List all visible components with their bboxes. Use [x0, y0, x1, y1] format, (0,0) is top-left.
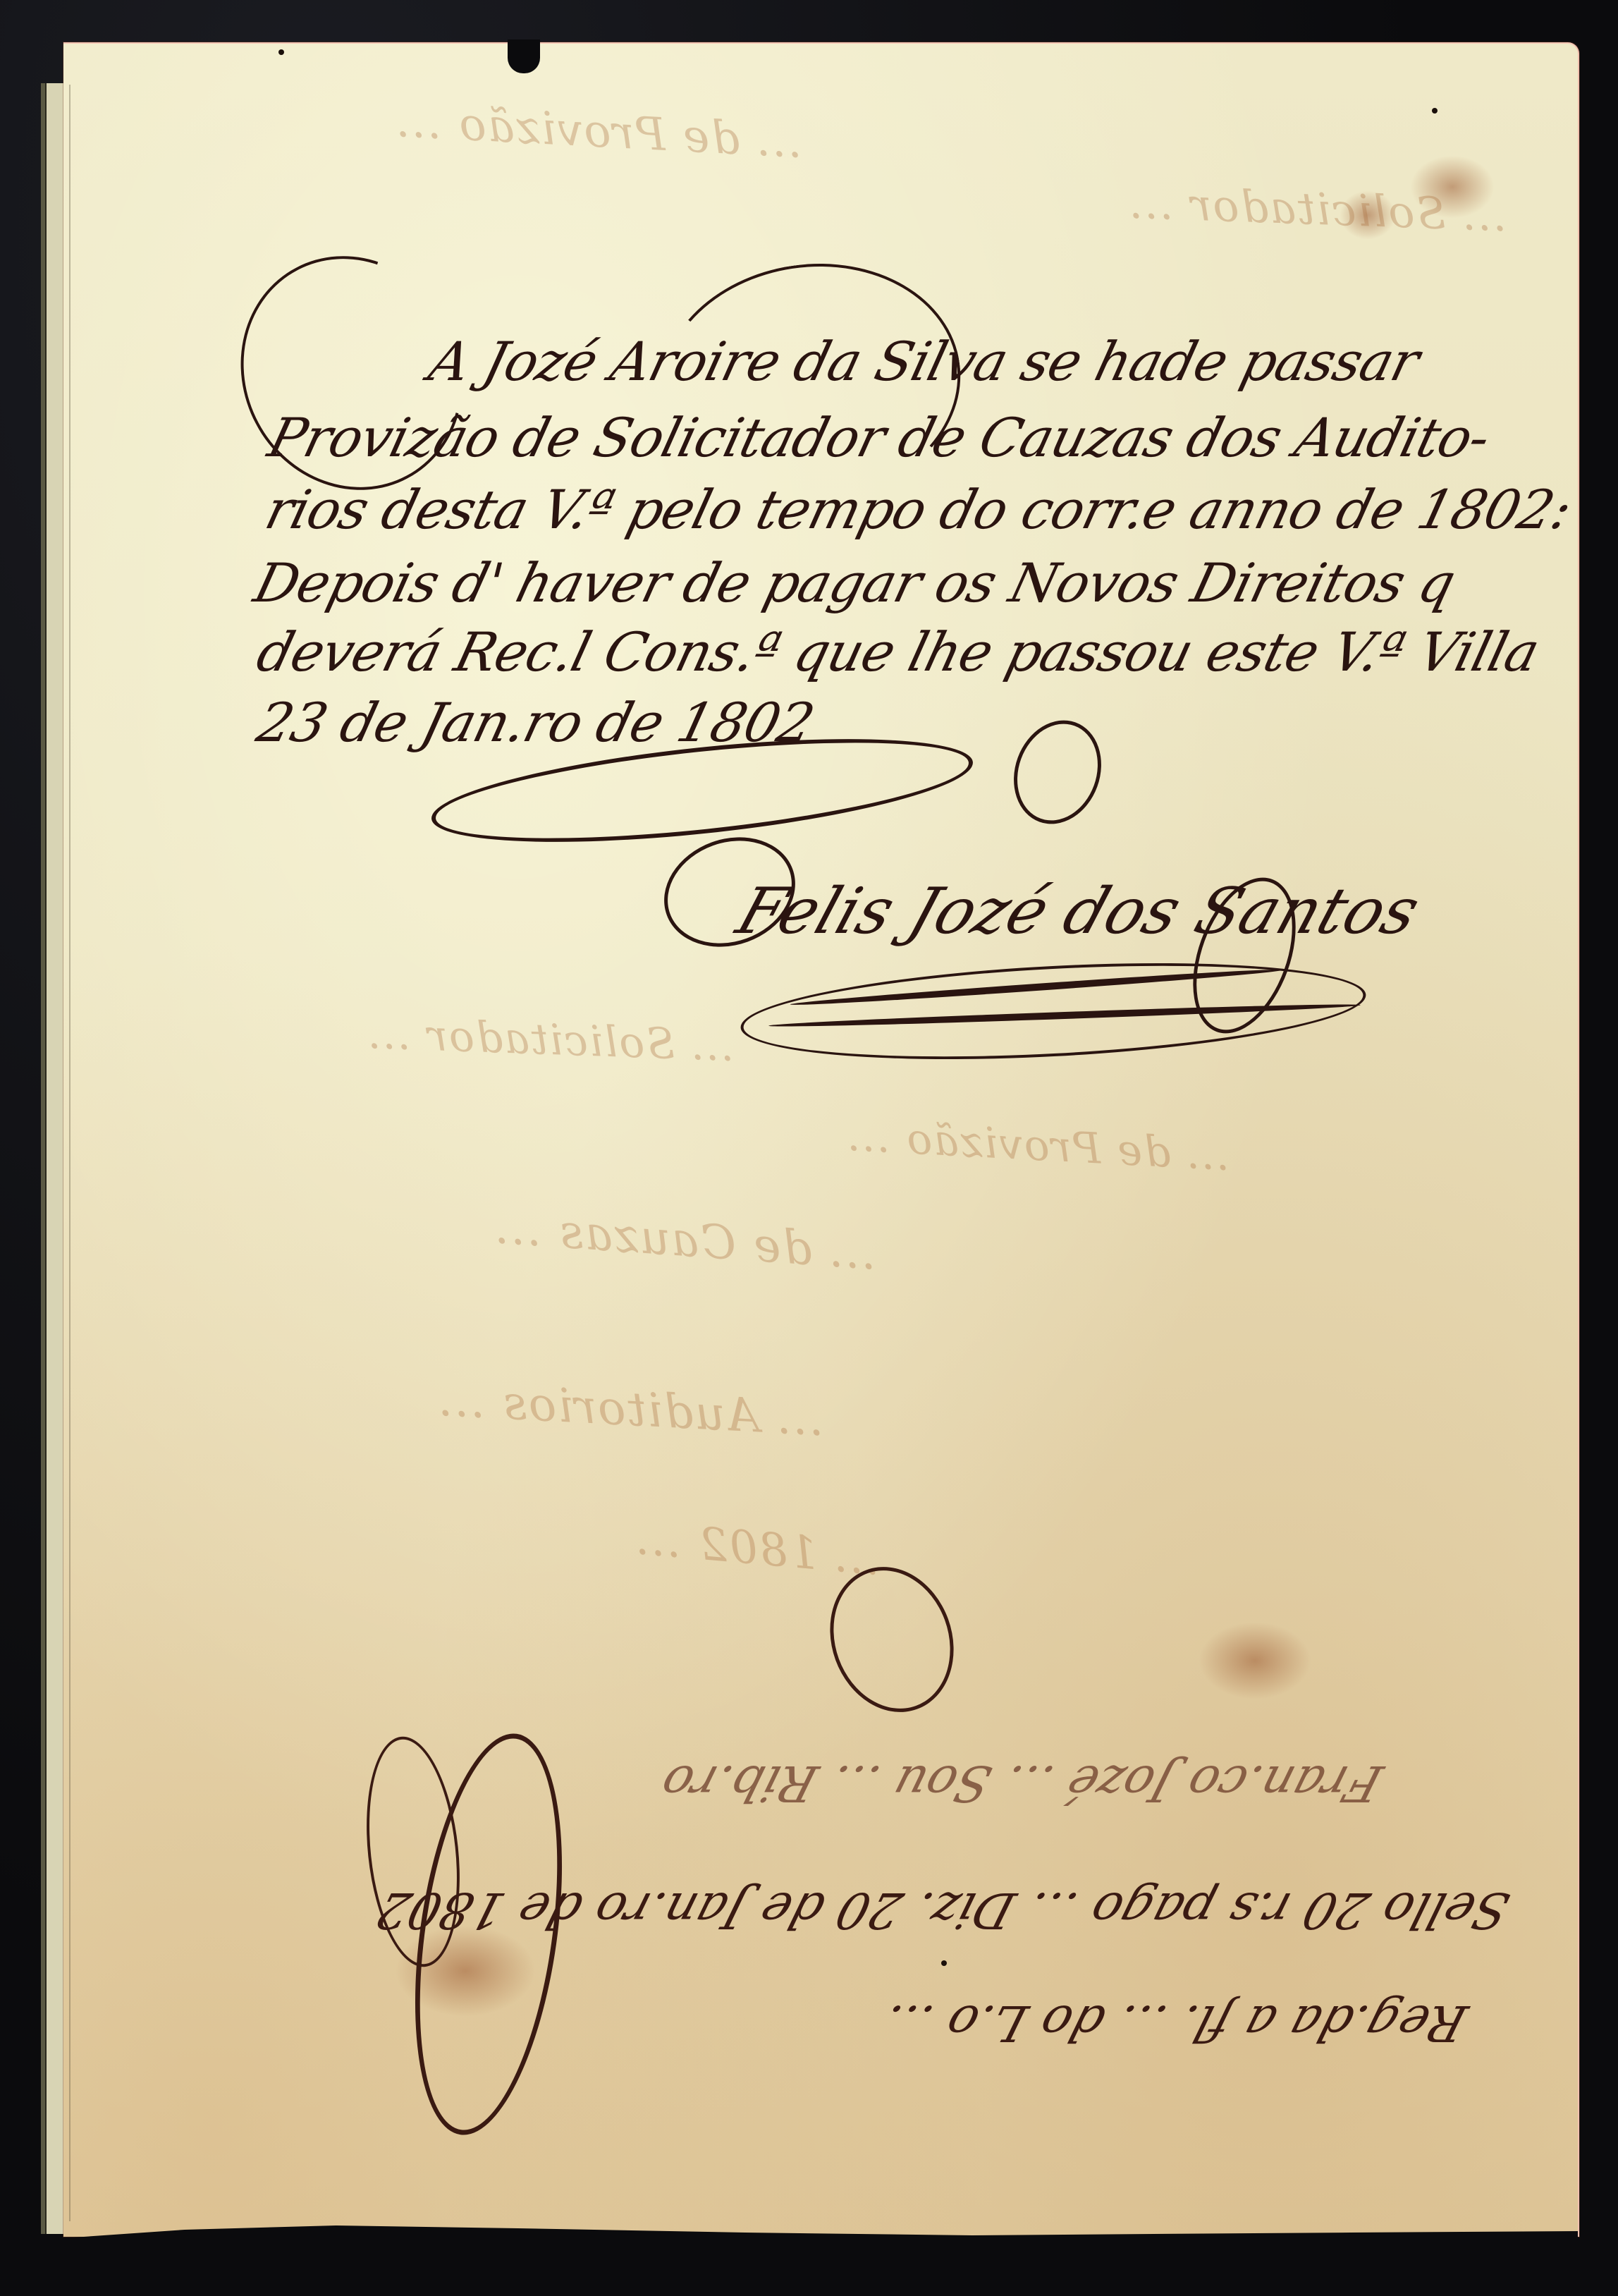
endorsement-line-3: Fran.co Jozé ... Sou ... Rib.ro — [654, 1754, 1389, 1812]
text-line-4: Depois d' haver de pagar os Novos Direit… — [248, 551, 1461, 614]
signature-name: Felis Jozé dos Santos — [728, 874, 1428, 948]
text-line-3: rios desta V.ª pelo tempo do corr.e anno… — [259, 478, 1578, 541]
text-line-1: A Jozé Aroire da Silva se hade passar — [423, 330, 1425, 393]
paper-speck — [1432, 108, 1438, 114]
text-line-5: deverá Rec.l Cons.ª que lhe passou este … — [251, 621, 1545, 683]
page-fold-line — [69, 85, 71, 2221]
text-line-2: Provizão de Solicitador de Cauzas dos Au… — [262, 406, 1496, 469]
inverted-endorsement: Reg.da a fl. ... do L.o ... Sello 20 r.s… — [233, 1573, 1558, 2108]
endorsement-line-1: Reg.da a fl. ... do L.o ... — [876, 1994, 1473, 2052]
signature-block: Felis Jozé dos Santos — [663, 832, 1438, 1072]
torn-edge-notch — [508, 39, 540, 73]
endorsement-flourish — [810, 1549, 974, 1729]
paper-speck — [278, 49, 284, 55]
